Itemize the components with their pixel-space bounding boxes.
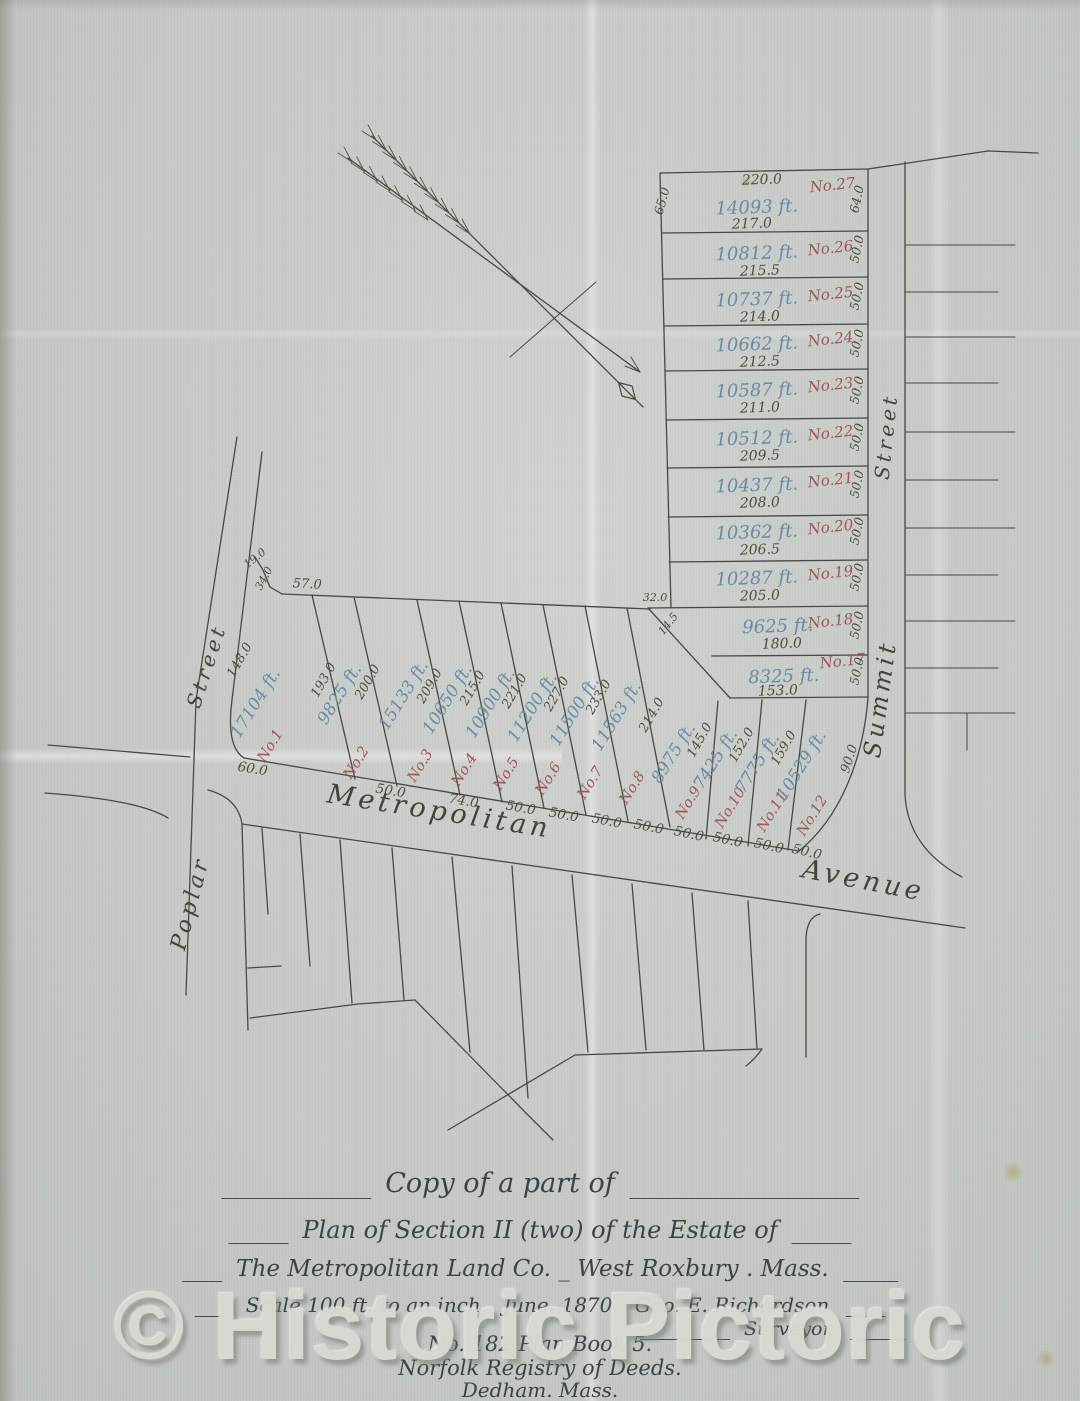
map-labels: StreetPoplarMetropolitanAvenueStreetSumm… <box>166 171 928 954</box>
lot-number-label: No.23 <box>806 374 854 397</box>
dimension-label: 220.0 <box>741 171 783 188</box>
lot-area-label: 10437 ft. <box>715 474 798 498</box>
dimension-label: 57.0 <box>292 576 322 592</box>
dimension-label: 14.5 <box>656 610 681 637</box>
lot-number-label: No.3 <box>404 747 437 786</box>
lot-area-label: 10287 ft. <box>715 567 798 591</box>
dimension-label: 50.0 <box>590 810 623 832</box>
street-label-poplar: Poplar <box>166 854 215 954</box>
dimension-label: 32.0 <box>643 591 668 604</box>
map-title-line2: Plan of Section II (two) of the Estate o… <box>302 1216 777 1244</box>
street-label-poplar-street: Street <box>181 621 231 711</box>
lot-area-label: 10737 ft. <box>715 288 798 312</box>
dimension-label: 148.0 <box>224 640 256 680</box>
lot-number-label: No.4 <box>448 751 481 790</box>
dimension-label: 180.0 <box>762 635 803 652</box>
dimension-label: 209.5 <box>739 447 781 464</box>
lot-area-label: 10512 ft. <box>715 427 798 451</box>
lot-number-label: No.24 <box>806 328 854 351</box>
dimension-label: 50.0 <box>632 816 665 838</box>
lot-number-label: No.2 <box>340 744 373 783</box>
south-block-lines <box>208 790 965 1140</box>
dimension-label: 50.0 <box>711 829 744 851</box>
dimension-label: 212.5 <box>739 353 781 370</box>
dimension-label: 215.5 <box>739 262 781 279</box>
dimension-label: 214.0 <box>739 308 781 325</box>
lot-area-label: 10362 ft. <box>715 521 798 545</box>
lot-area-label: 10587 ft. <box>715 379 798 403</box>
lot-number-label: No.1 <box>254 727 287 766</box>
dimension-label: 50.0 <box>752 835 785 857</box>
lot-number-label: No.5 <box>490 755 523 794</box>
plat-map-sheet: StreetPoplarMetropolitanAvenueStreetSumm… <box>0 0 1080 1401</box>
dimension-label: 65.0 <box>651 185 673 216</box>
dimension-label: 211.0 <box>739 399 781 416</box>
street-label-summit-street: Street <box>870 392 903 481</box>
lot-number-label: No.6 <box>532 760 565 799</box>
dimension-label: 50.0 <box>672 823 705 845</box>
dimension-label: 205.0 <box>739 587 781 604</box>
dimension-label: 217.0 <box>731 215 773 232</box>
dimension-label: 50.0 <box>547 804 580 825</box>
dimension-label: 60.0 <box>237 759 270 780</box>
north-arrow-icon <box>338 125 643 407</box>
lot-area-label: 9625 ft. <box>742 615 814 638</box>
dimension-label: 153.0 <box>758 682 799 699</box>
dimension-label: 206.5 <box>739 541 781 558</box>
lot-number-label: No.18 <box>806 610 854 633</box>
lot-number-label: No.12 <box>794 793 832 840</box>
map-title-line1: Copy of a part of <box>385 1168 615 1199</box>
dimension-label: 50.0 <box>790 841 823 863</box>
dimension-label: 90.0 <box>838 743 861 775</box>
lot-number-label: No.22 <box>806 422 854 445</box>
dimension-label: 214.0 <box>636 695 668 736</box>
east-lots-lines <box>905 245 1015 750</box>
historic-pictoric-watermark: © Historic Pictoric <box>114 1272 967 1382</box>
lot-area-label: 10812 ft. <box>715 242 798 266</box>
lot-number-label: No.21 <box>806 469 854 492</box>
lot-area-label: 10662 ft. <box>715 333 798 357</box>
dimension-label: 208.0 <box>739 494 781 511</box>
